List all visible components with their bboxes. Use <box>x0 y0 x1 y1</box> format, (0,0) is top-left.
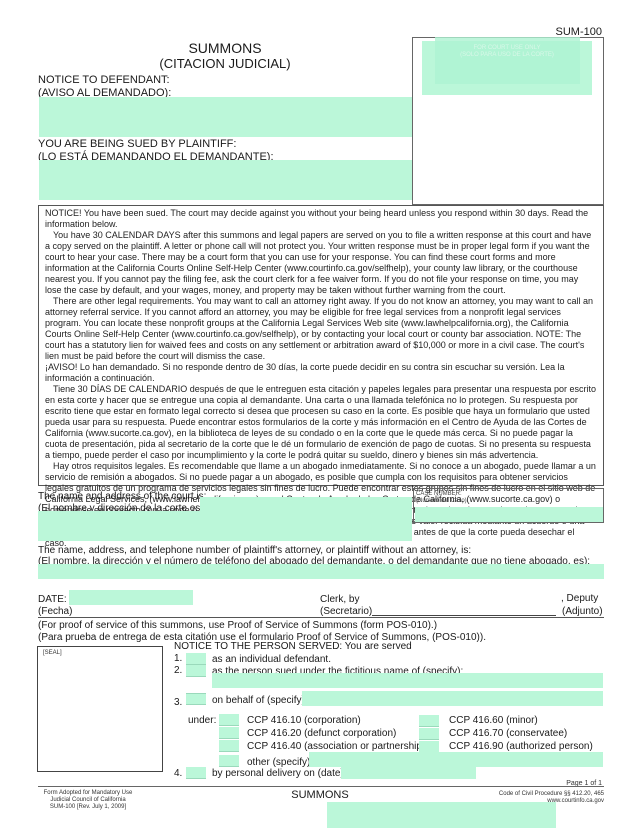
court-label: The name and address of the court is: <box>38 491 206 503</box>
seal-box <box>37 646 163 772</box>
checkbox-individual-defendant[interactable] <box>186 653 206 665</box>
case-number-label: CASE NUMBER: <box>416 491 462 498</box>
checkbox-ccp-416-10[interactable] <box>219 714 239 726</box>
date-label: DATE: <box>38 594 67 606</box>
footer-divider <box>38 786 604 787</box>
checkbox-ccp-416-20[interactable] <box>219 727 239 739</box>
court-use-only-label-es: (SOLO PARA USO DE LA CORTE) <box>422 52 592 59</box>
personal-delivery-date-field[interactable] <box>341 764 476 779</box>
footer-revision: SUM-100 [Rev. July 1, 2009] <box>38 804 138 811</box>
deputy-label: , Deputy <box>561 593 598 605</box>
ccp-label: CCP 416.20 (defunct corporation) <box>247 728 396 740</box>
item-number: 4. <box>174 768 182 780</box>
court-address-field[interactable] <box>38 511 412 541</box>
court-name-field[interactable] <box>200 497 412 511</box>
checkbox-ccp-416-70[interactable] <box>419 728 439 740</box>
seal-label: [SEAL] <box>43 650 62 657</box>
item-number: 3. <box>174 697 182 709</box>
under-label: under: <box>188 715 216 727</box>
checkbox-ccp-416-60[interactable] <box>419 715 439 727</box>
notice-to-defendant-label: NOTICE TO DEFENDANT: <box>38 74 170 87</box>
attorney-field[interactable] <box>38 564 604 579</box>
footer-council: Judicial Council of California <box>38 797 138 804</box>
page-subtitle: (CITACION JUDICIAL) <box>38 56 412 71</box>
divider <box>38 617 604 618</box>
checkbox-fictitious-name[interactable] <box>186 665 206 677</box>
on-behalf-of-field[interactable] <box>302 691 603 706</box>
checkbox-other[interactable] <box>219 755 239 767</box>
footer-code: Code of Civil Procedure §§ 412.20, 465 <box>499 791 604 798</box>
case-number-label-es: (Número del Caso): <box>416 498 468 505</box>
item-number: 2. <box>174 665 182 677</box>
notice-paragraph: You have 30 CALENDAR DAYS after this sum… <box>45 230 597 296</box>
item-label: as an individual defendant. <box>212 654 331 666</box>
court-use-only-label: FOR COURT USE ONLY <box>422 45 592 52</box>
ccp-label: CCP 416.60 (minor) <box>449 715 538 727</box>
fictitious-name-field[interactable] <box>212 673 603 688</box>
notice-paragraph: There are other legal requirements. You … <box>45 296 597 362</box>
page-title: SUMMONS <box>38 40 412 56</box>
item-number: 1. <box>174 653 182 665</box>
notice-box: NOTICE! You have been sued. The court ma… <box>38 205 604 486</box>
served-heading: NOTICE TO THE PERSON SERVED: You are ser… <box>174 641 412 653</box>
item-label: by personal delivery on (date): <box>212 768 347 780</box>
proof-line-1: (For proof of service of this summons, u… <box>38 620 437 632</box>
date-field[interactable] <box>69 590 193 605</box>
item-label: on behalf of (specify): <box>212 695 308 707</box>
ccp-label: CCP 416.70 (conservatee) <box>449 728 567 740</box>
notice-paragraph: Tiene 30 DÍAS DE CALENDARIO después de q… <box>45 384 597 461</box>
checkbox-personal-delivery[interactable] <box>186 767 206 779</box>
footer-title: SUMMONS <box>260 789 380 802</box>
checkbox-on-behalf-of[interactable] <box>186 693 206 705</box>
clerk-signature-line[interactable] <box>372 615 556 616</box>
clerk-label: Clerk, by <box>320 594 359 606</box>
sued-by-plaintiff-label: YOU ARE BEING SUED BY PLAINTIFF: <box>38 138 236 151</box>
case-number-field[interactable] <box>415 507 603 522</box>
footer-field[interactable] <box>327 802 556 828</box>
notice-paragraph: NOTICE! You have been sued. The court ma… <box>45 208 597 230</box>
plaintiff-field[interactable] <box>39 160 412 200</box>
notice-paragraph: ¡AVISO! Lo han demandado. Si no responde… <box>45 362 597 384</box>
defendant-field[interactable] <box>39 97 412 137</box>
footer-adopted: Form Adopted for Mandatory Use <box>38 790 138 797</box>
ccp-label: CCP 416.10 (corporation) <box>247 715 361 727</box>
checkbox-ccp-416-40[interactable] <box>219 740 239 752</box>
